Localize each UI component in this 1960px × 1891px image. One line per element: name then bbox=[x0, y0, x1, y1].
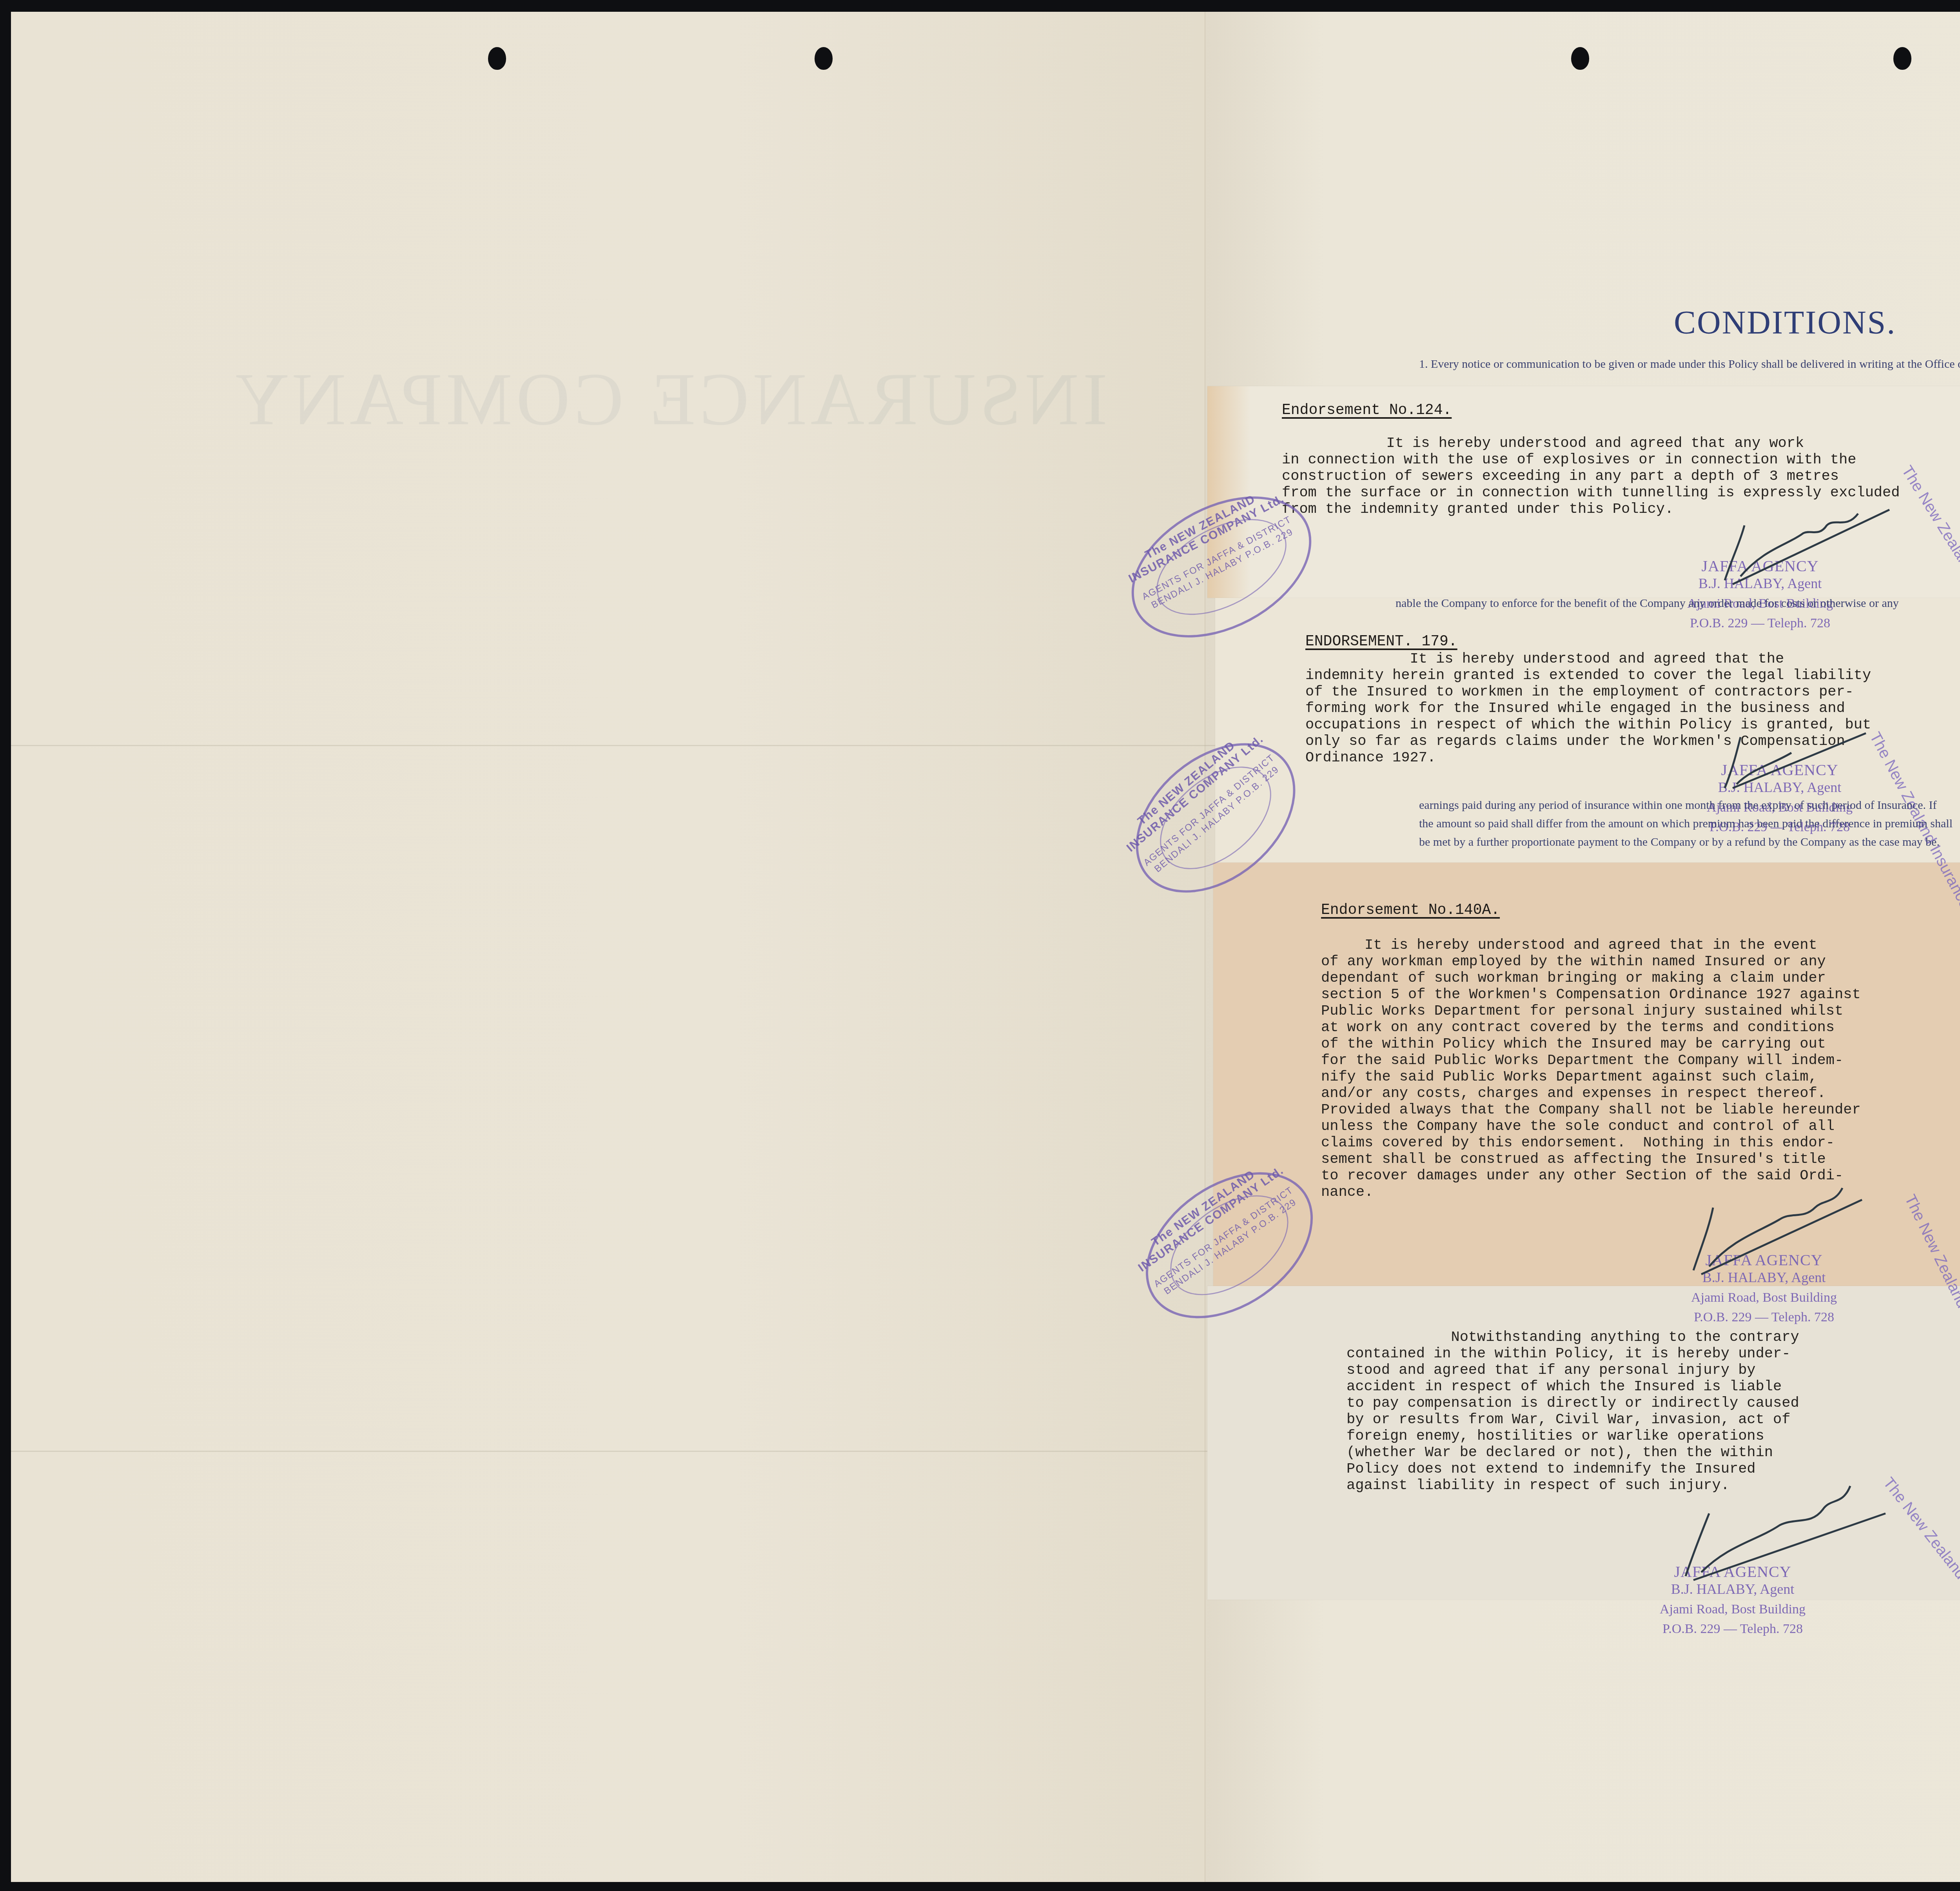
punch-hole-icon bbox=[815, 47, 833, 70]
punch-hole-icon bbox=[1571, 47, 1589, 70]
condition-1-text: 1. Every notice or communication to be g… bbox=[1419, 355, 1960, 373]
punch-hole-icon bbox=[1893, 47, 1911, 70]
endorsement-heading: Endorsement No.140A. bbox=[1321, 902, 1500, 919]
exposed-condition-line: nable the Company to enforce for the ben… bbox=[1396, 594, 1960, 612]
punch-hole-icon bbox=[488, 47, 506, 70]
agency-contact: P.O.B. 229 — Teleph. 728 bbox=[1631, 1622, 1835, 1637]
signature-icon bbox=[1717, 729, 1874, 792]
agency-address: Ajami Road, Bost Building bbox=[1662, 1290, 1866, 1305]
left-page: INSURANCE COMPANY bbox=[11, 12, 1205, 1882]
endorsement-heading: Endorsement No.124. bbox=[1282, 402, 1452, 419]
exposed-condition-block: earnings paid during any period of insur… bbox=[1419, 796, 1960, 851]
endorsement-body: Notwithstanding anything to the contrary… bbox=[1347, 1329, 1799, 1494]
agency-address: Ajami Road, Bost Building bbox=[1631, 1602, 1835, 1617]
signature-icon bbox=[1686, 1184, 1866, 1278]
agency-contact: P.O.B. 229 — Teleph. 728 bbox=[1658, 616, 1862, 631]
signature-icon bbox=[1717, 502, 1897, 588]
show-through-logo: INSURANCE COMPANY bbox=[230, 357, 1108, 442]
agency-contact: P.O.B. 229 — Teleph. 728 bbox=[1662, 1310, 1866, 1325]
endorsement-heading: ENDORSEMENT. 179. bbox=[1305, 633, 1457, 650]
endorsement-body: It is hereby understood and agreed that … bbox=[1321, 937, 1861, 1201]
signature-icon bbox=[1678, 1482, 1889, 1584]
conditions-title: CONDITIONS. bbox=[1674, 304, 1896, 342]
